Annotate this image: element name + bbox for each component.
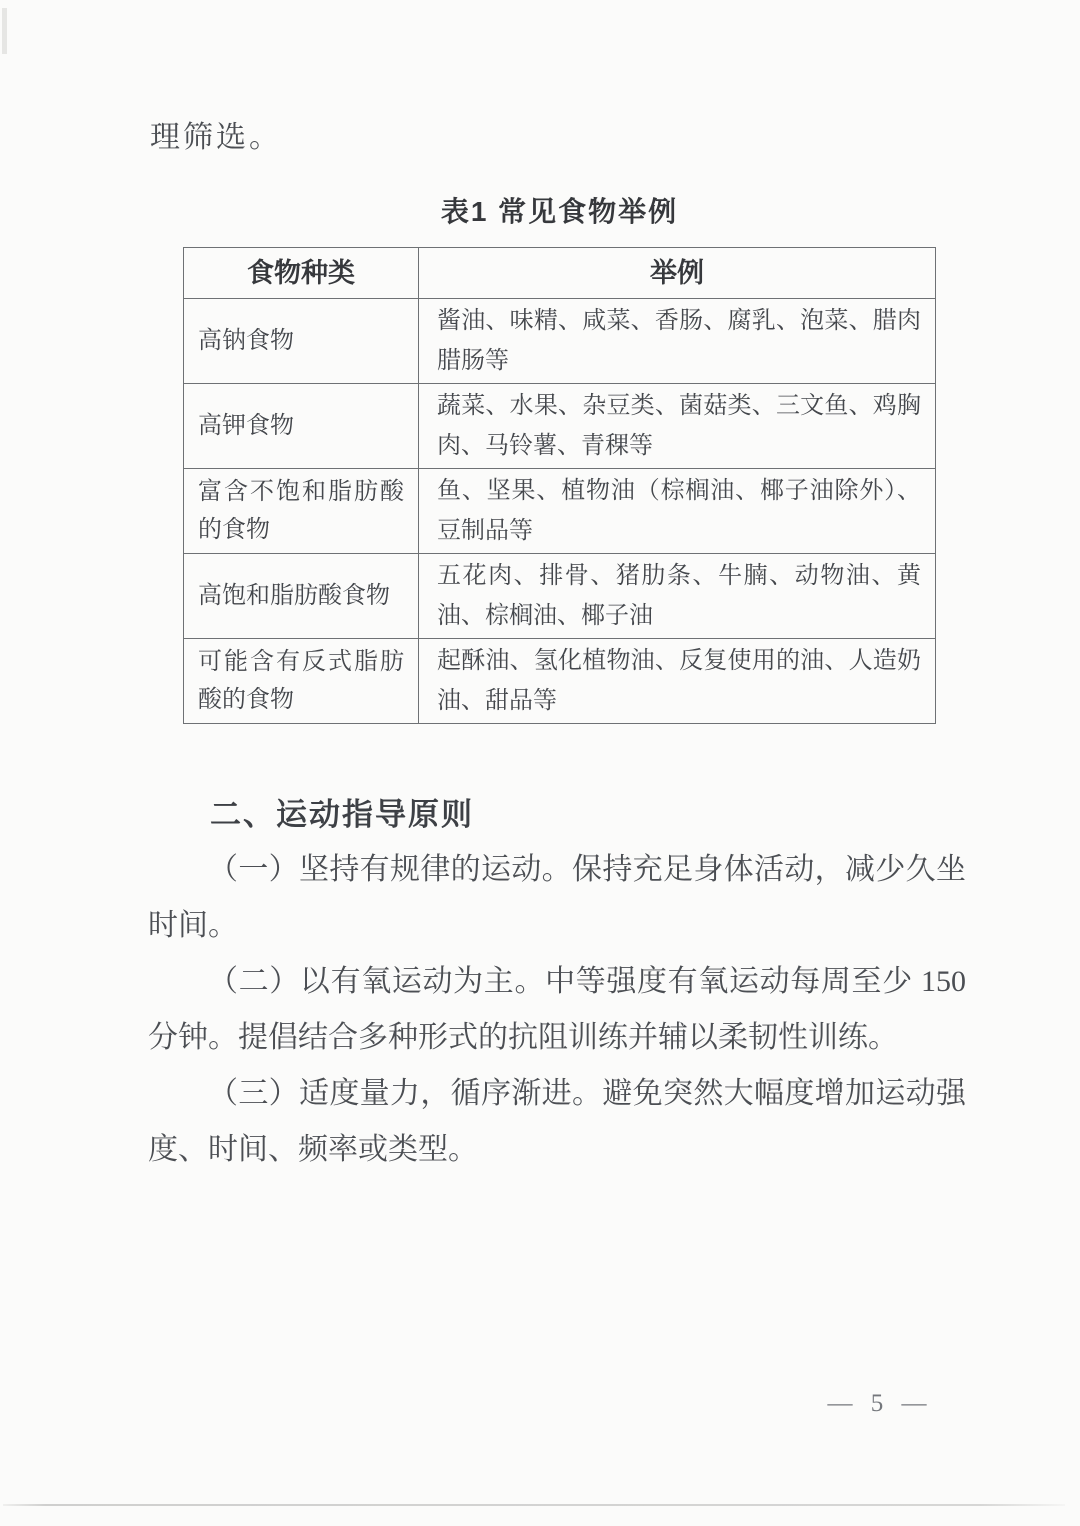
examples-cell: 鱼、坚果、植物油（棕榈油、椰子油除外）、豆制品等	[419, 469, 935, 553]
food-type-text: 高钾食物	[198, 407, 404, 445]
food-type-cell: 高饱和脂肪酸食物	[184, 554, 419, 638]
examples-text: 起酥油、氢化植物油、反复使用的油、人造奶油、甜品等	[437, 641, 921, 721]
examples-cell: 蔬菜、水果、杂豆类、菌菇类、三文鱼、鸡胸肉、马铃薯、青稞等	[419, 384, 935, 468]
paragraph-regular-exercise: （一）坚持有规律的运动。保持充足身体活动，减少久坐时间。	[148, 842, 966, 954]
section-heading-exercise-principles: 二、运动指导原则	[210, 789, 474, 834]
column-header-food-type-label: 食物种类	[192, 257, 410, 289]
food-type-text: 高饱和脂肪酸食物	[198, 577, 404, 615]
column-header-food-type: 食物种类	[184, 248, 419, 298]
column-header-examples: 举例	[419, 248, 935, 298]
food-type-cell: 可能含有反式脂肪酸的食物	[184, 639, 419, 723]
examples-cell: 酱油、味精、咸菜、香肠、腐乳、泡菜、腊肉腊肠等	[419, 299, 935, 383]
food-type-text: 富含不饱和脂肪酸的食物	[198, 473, 404, 549]
page-bottom-scan-line	[3, 1504, 1065, 1506]
food-examples-table: 食物种类 举例 高钠食物 酱油、味精、咸菜、香肠、腐乳、泡菜、腊肉腊肠等 高钾食…	[183, 247, 936, 724]
document-page: 理筛选。 表1 常见食物举例 食物种类 举例 高钠食物 酱油、味精、咸菜、香肠、…	[0, 0, 1080, 1526]
body-paragraphs: （一）坚持有规律的运动。保持充足身体活动，减少久坐时间。 （二）以有氧运动为主。…	[148, 842, 966, 1178]
column-header-examples-label: 举例	[427, 257, 927, 289]
examples-text: 五花肉、排骨、猪肋条、牛腩、动物油、黄油、棕榈油、椰子油	[437, 556, 921, 636]
food-type-text: 高钠食物	[198, 322, 404, 360]
table-header-row: 食物种类 举例	[184, 248, 935, 298]
food-type-cell: 富含不饱和脂肪酸的食物	[184, 469, 419, 553]
food-type-text: 可能含有反式脂肪酸的食物	[198, 643, 404, 719]
table-row-unsaturated-fat: 富含不饱和脂肪酸的食物 鱼、坚果、植物油（棕榈油、椰子油除外）、豆制品等	[184, 468, 935, 553]
examples-text: 酱油、味精、咸菜、香肠、腐乳、泡菜、腊肉腊肠等	[437, 301, 921, 381]
paragraph-aerobic-exercise: （二）以有氧运动为主。中等强度有氧运动每周至少 150 分钟。提倡结合多种形式的…	[148, 954, 966, 1066]
table-row-high-sodium: 高钠食物 酱油、味精、咸菜、香肠、腐乳、泡菜、腊肉腊肠等	[184, 298, 935, 383]
paragraph-gradual-progression: （三）适度量力，循序渐进。避免突然大幅度增加运动强度、时间、频率或类型。	[148, 1066, 966, 1178]
table-row-trans-fat: 可能含有反式脂肪酸的食物 起酥油、氢化植物油、反复使用的油、人造奶油、甜品等	[184, 638, 935, 723]
leading-sentence-fragment: 理筛选。	[150, 112, 282, 156]
table-title: 表1 常见食物举例	[183, 190, 936, 230]
examples-cell: 起酥油、氢化植物油、反复使用的油、人造奶油、甜品等	[419, 639, 935, 723]
examples-text: 蔬菜、水果、杂豆类、菌菇类、三文鱼、鸡胸肉、马铃薯、青稞等	[437, 386, 921, 466]
food-type-cell: 高钠食物	[184, 299, 419, 383]
page-number: — 5 —	[800, 1390, 960, 1418]
food-type-cell: 高钾食物	[184, 384, 419, 468]
examples-cell: 五花肉、排骨、猪肋条、牛腩、动物油、黄油、棕榈油、椰子油	[419, 554, 935, 638]
scan-artifact	[2, 8, 7, 54]
examples-text: 鱼、坚果、植物油（棕榈油、椰子油除外）、豆制品等	[437, 471, 921, 551]
table-row-high-potassium: 高钾食物 蔬菜、水果、杂豆类、菌菇类、三文鱼、鸡胸肉、马铃薯、青稞等	[184, 383, 935, 468]
table-row-saturated-fat: 高饱和脂肪酸食物 五花肉、排骨、猪肋条、牛腩、动物油、黄油、棕榈油、椰子油	[184, 553, 935, 638]
